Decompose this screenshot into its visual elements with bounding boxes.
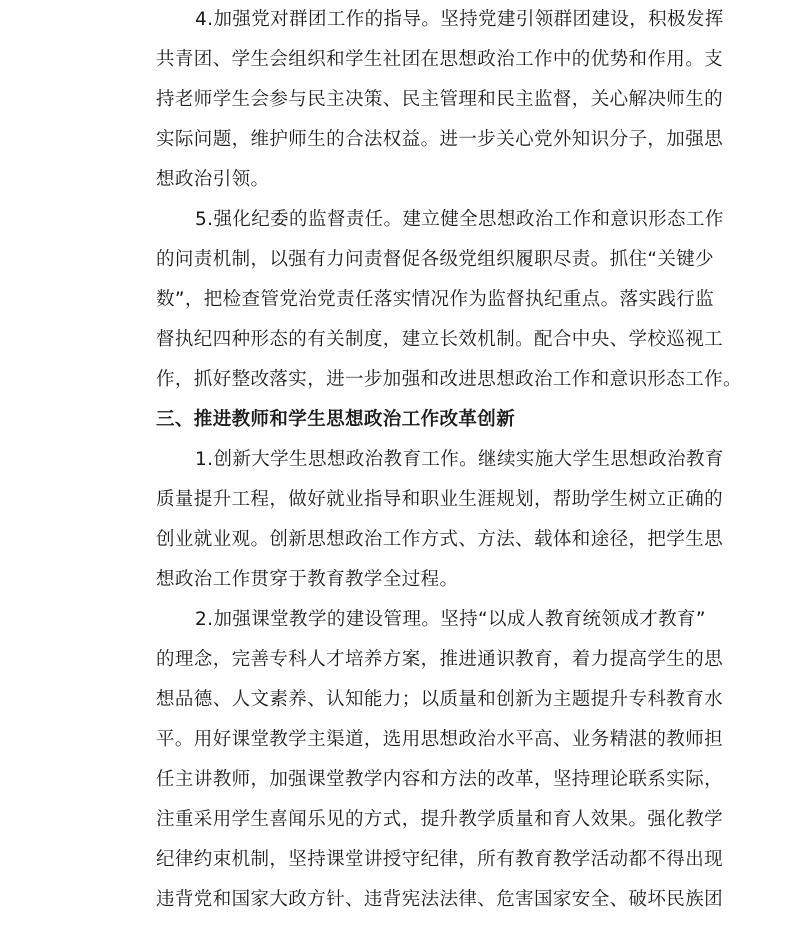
text-line: 想品德、人文素养、认知能力；以质量和创新为主题提升专科教育水 <box>117 680 673 720</box>
text-line: 1.创新大学生思想政治教育工作。继续实施大学生思想政治教育 <box>117 440 673 480</box>
text-line: 5.强化纪委的监督责任。建立健全思想政治工作和意识形态工作 <box>117 200 673 240</box>
text-line: 实际问题，维护师生的合法权益。进一步关心党外知识分子，加强思 <box>117 120 673 160</box>
document-page: 4.加强党对群团工作的指导。坚持党建引领群团建设，积极发挥 共青团、学生会组织和… <box>117 0 673 920</box>
text-line: 2.加强课堂教学的建设管理。坚持“以成人教育统领成才教育” <box>117 600 673 640</box>
paragraph-2-classroom-teaching: 2.加强课堂教学的建设管理。坚持“以成人教育统领成才教育” 的理念，完善专科人才… <box>117 600 673 920</box>
text-line: 的问责机制，以强有力问责督促各级党组织履职尽责。抓住“关键少 <box>117 240 673 280</box>
text-line: 作，抓好整改落实，进一步加强和改进思想政治工作和意识形态工作。 <box>117 360 673 400</box>
text-line: 持老师学生会参与民主决策、民主管理和民主监督，关心解决师生的 <box>117 80 673 120</box>
paragraph-4-strengthen-guidance: 4.加强党对群团工作的指导。坚持党建引领群团建设，积极发挥 共青团、学生会组织和… <box>117 0 673 200</box>
text-line: 质量提升工程，做好就业指导和职业生涯规划，帮助学生树立正确的 <box>117 480 673 520</box>
text-line: 任主讲教师，加强课堂教学内容和方法的改革，坚持理论联系实际， <box>117 760 673 800</box>
text-line: 创业就业观。创新思想政治工作方式、方法、载体和途径，把学生思 <box>117 520 673 560</box>
paragraph-5-supervision: 5.强化纪委的监督责任。建立健全思想政治工作和意识形态工作 的问责机制，以强有力… <box>117 200 673 400</box>
text-line: 违背党和国家大政方针、违背宪法法律、危害国家安全、破坏民族团 <box>117 880 673 920</box>
text-line: 想政治引领。 <box>117 160 673 200</box>
paragraph-1-innovate-education: 1.创新大学生思想政治教育工作。继续实施大学生思想政治教育 质量提升工程，做好就… <box>117 440 673 600</box>
text-line: 的理念，完善专科人才培养方案，推进通识教育，着力提高学生的思 <box>117 640 673 680</box>
text-line: 督执纪四种形态的有关制度，建立长效机制。配合中央、学校巡视工 <box>117 320 673 360</box>
text-line: 4.加强党对群团工作的指导。坚持党建引领群团建设，积极发挥 <box>117 0 673 40</box>
text-line: 想政治工作贯穿于教育教学全过程。 <box>117 560 673 600</box>
text-line: 注重采用学生喜闻乐见的方式，提升教学质量和育人效果。强化教学 <box>117 800 673 840</box>
text-line: 纪律约束机制，坚持课堂讲授守纪律，所有教育教学活动都不得出现 <box>117 840 673 880</box>
text-line: 平。用好课堂教学主渠道，选用思想政治水平高、业务精湛的教师担 <box>117 720 673 760</box>
text-line: 共青团、学生会组织和学生社团在思想政治工作中的优势和作用。支 <box>117 40 673 80</box>
section-heading-3: 三、推进教师和学生思想政治工作改革创新 <box>117 400 673 440</box>
text-line: 数”，把检查管党治党责任落实情况作为监督执纪重点。落实践行监 <box>117 280 673 320</box>
